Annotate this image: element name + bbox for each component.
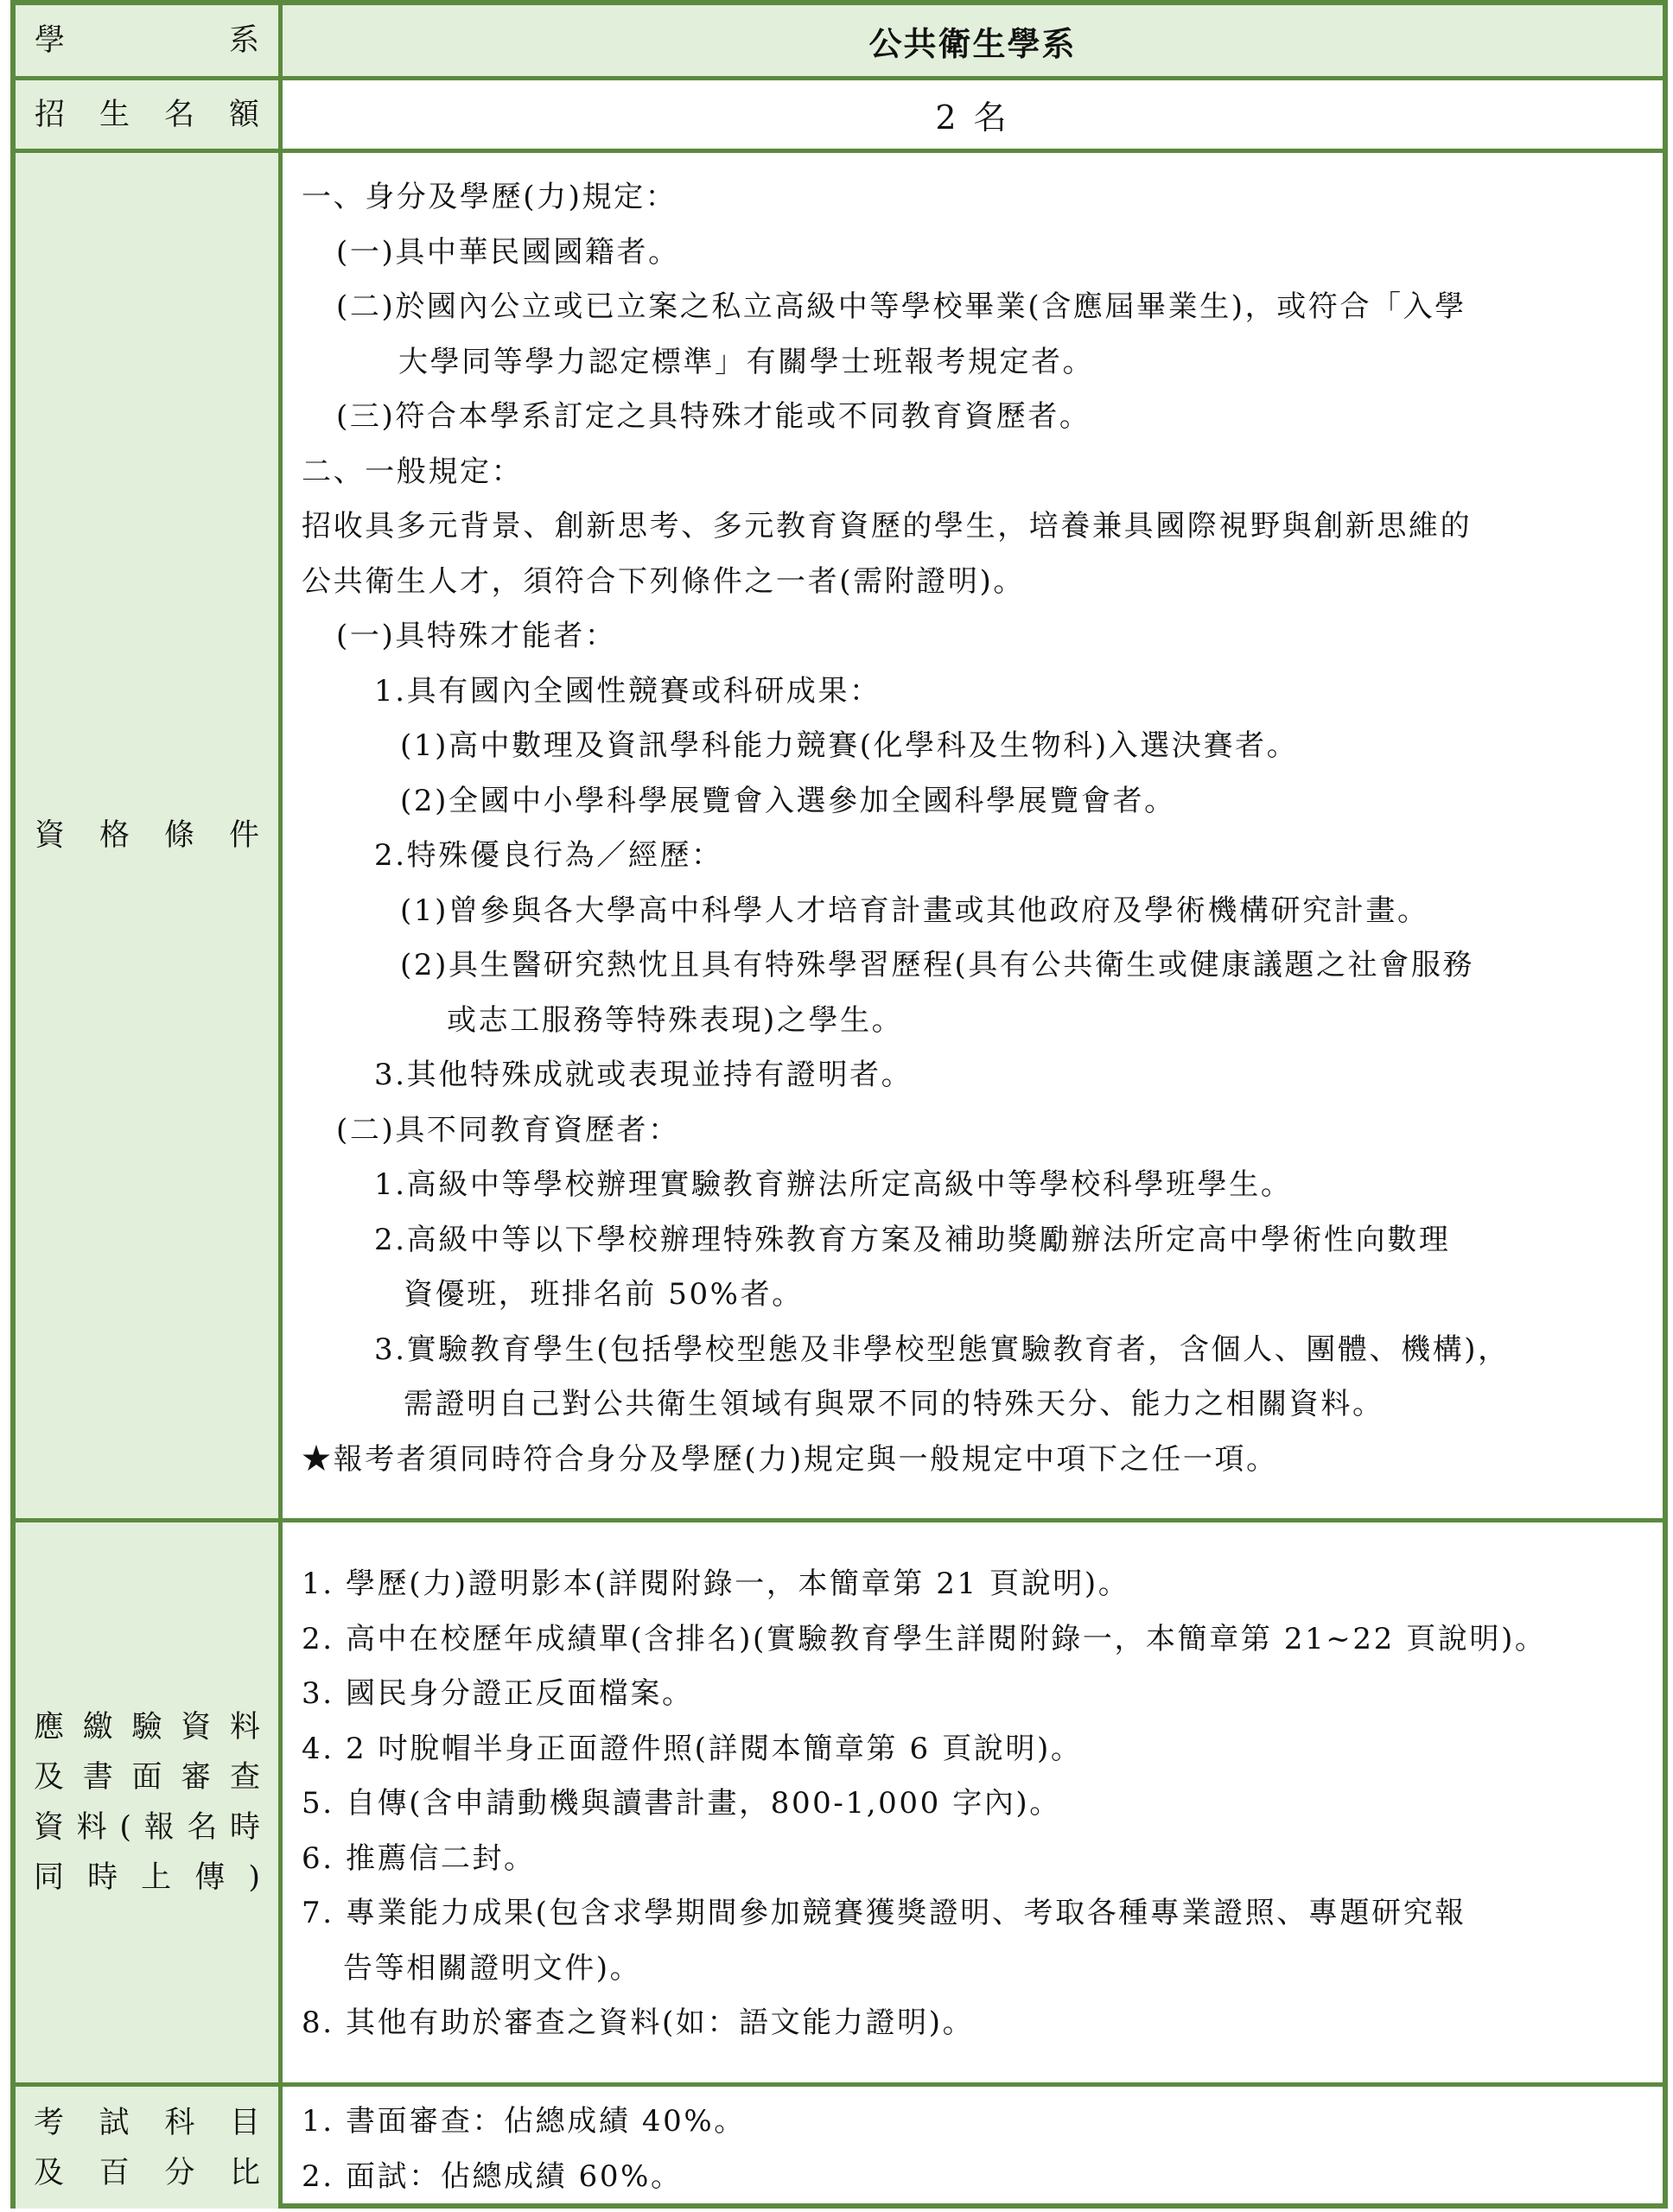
documents-label-line: 同時上傳) <box>34 1853 260 1903</box>
eligibility-line: 資優班，班排名前 50%者。 <box>302 1268 1651 1323</box>
documents-label: 應繳驗資料 及書面審查 資料(報名時 同時上傳) <box>34 1702 260 1903</box>
eligibility-line: 或志工服務等特殊表現)之學生。 <box>302 994 1651 1049</box>
eligibility-line: (二)於國內公立或已立案之私立高級中等學校畢業(含應屆畢業生)，或符合「入學 <box>302 280 1651 335</box>
label-cell-eligibility: 資格條件 <box>16 153 283 1518</box>
documents-label-line: 應繳驗資料 <box>34 1702 260 1752</box>
exam-label-line: 考試科目 <box>34 2098 260 2148</box>
row-documents: 應繳驗資料 及書面審查 資料(報名時 同時上傳) 1. 學歷(力)證明影本(詳閱… <box>16 1518 1663 2082</box>
documents-line: 4. 2 吋脫帽半身正面證件照(詳閱本簡章第 6 頁說明)。 <box>302 1722 1651 1777</box>
label-cell-exam: 考試科目 及百分比 <box>16 2087 283 2209</box>
eligibility-content-cell: 一、身分及學歷(力)規定：(一)具中華民國國籍者。(二)於國內公立或已立案之私立… <box>283 153 1663 1518</box>
eligibility-line: 1.高級中等學校辦理實驗教育辦法所定高級中等學校科學班學生。 <box>302 1158 1651 1213</box>
eligibility-label: 資格條件 <box>35 810 259 861</box>
department-name: 公共衛生學系 <box>283 5 1663 76</box>
documents-line: 3. 國民身分證正反面檔案。 <box>302 1667 1651 1722</box>
eligibility-line: 2.高級中等以下學校辦理特殊教育方案及補助獎勵辦法所定高中學術性向數理 <box>302 1213 1651 1268</box>
exam-content-cell: 1. 書面審查：佔總成績 40%。2. 面試：佔總成績 60%。 <box>283 2087 1663 2209</box>
exam-content: 1. 書面審查：佔總成績 40%。2. 面試：佔總成績 60%。 <box>302 2094 1651 2204</box>
documents-line: 7. 專業能力成果(包含求學期間參加競賽獲獎證明、考取各種專業證照、專題研究報 <box>302 1886 1651 1942</box>
documents-line: 告等相關證明文件)。 <box>302 1942 1651 1997</box>
exam-line: 2. 面試：佔總成績 60%。 <box>302 2150 1651 2205</box>
label-cell-quota: 招生名額 <box>16 80 283 149</box>
department-label: 學系 <box>35 16 259 66</box>
documents-content-cell: 1. 學歷(力)證明影本(詳閱附錄一，本簡章第 21 頁說明)。2. 高中在校歷… <box>283 1522 1663 2082</box>
row-exam: 考試科目 及百分比 1. 書面審查：佔總成績 40%。2. 面試：佔總成績 60… <box>16 2082 1663 2209</box>
label-cell-documents: 應繳驗資料 及書面審查 資料(報名時 同時上傳) <box>16 1522 283 2082</box>
eligibility-line: 公共衛生人才，須符合下列條件之一者(需附證明)。 <box>302 555 1651 610</box>
eligibility-line: ★報考者須同時符合身分及學歷(力)規定與一般規定中項下之任一項。 <box>302 1433 1651 1488</box>
eligibility-line: (三)符合本學系訂定之具特殊才能或不同教育資歷者。 <box>302 390 1651 445</box>
eligibility-line: (2)全國中小學科學展覽會入選參加全國科學展覽會者。 <box>302 774 1651 829</box>
eligibility-line: 3.其他特殊成就或表現並持有證明者。 <box>302 1048 1651 1103</box>
eligibility-line: 二、一般規定： <box>302 445 1651 500</box>
documents-line: 2. 高中在校歷年成績單(含排名)(實驗教育學生詳閱附錄一，本簡章第 21~22… <box>302 1612 1651 1668</box>
eligibility-line: (一)具特殊才能者： <box>302 609 1651 664</box>
quota-label: 招生名額 <box>35 90 259 140</box>
label-cell-department: 學系 <box>16 5 283 76</box>
exam-label: 考試科目 及百分比 <box>34 2098 260 2198</box>
eligibility-line: 一、身分及學歷(力)規定： <box>302 170 1651 226</box>
row-department: 學系 公共衛生學系 <box>16 5 1663 76</box>
eligibility-line: 需證明自己對公共衛生領域有與眾不同的特殊天分、能力之相關資料。 <box>302 1377 1651 1433</box>
eligibility-line: (2)具生醫研究熱忱且具有特殊學習歷程(具有公共衛生或健康議題之社會服務 <box>302 938 1651 994</box>
exam-line: 1. 書面審查：佔總成績 40%。 <box>302 2094 1651 2150</box>
eligibility-line: (1)高中數理及資訊學科能力競賽(化學科及生物科)入選決賽者。 <box>302 719 1651 774</box>
documents-line: 1. 學歷(力)證明影本(詳閱附錄一，本簡章第 21 頁說明)。 <box>302 1557 1651 1612</box>
documents-line: 5. 自傳(含申請動機與讀書計畫，800-1,000 字內)。 <box>302 1777 1651 1832</box>
eligibility-content: 一、身分及學歷(力)規定：(一)具中華民國國籍者。(二)於國內公立或已立案之私立… <box>302 170 1651 1487</box>
eligibility-line: 3.實驗教育學生(包括學校型態及非學校型態實驗教育者，含個人、團體、機構)， <box>302 1323 1651 1378</box>
quota-value: 2 名 <box>283 80 1663 149</box>
documents-content: 1. 學歷(力)證明影本(詳閱附錄一，本簡章第 21 頁說明)。2. 高中在校歷… <box>302 1557 1651 2051</box>
eligibility-line: 招收具多元背景、創新思考、多元教育資歷的學生，培養兼具國際視野與創新思維的 <box>302 499 1651 555</box>
row-eligibility: 資格條件 一、身分及學歷(力)規定：(一)具中華民國國籍者。(二)於國內公立或已… <box>16 149 1663 1518</box>
documents-line: 8. 其他有助於審查之資料(如：語文能力證明)。 <box>302 1996 1651 2051</box>
eligibility-line: 2.特殊優良行為／經歷： <box>302 829 1651 884</box>
exam-label-line: 及百分比 <box>34 2148 260 2198</box>
documents-label-line: 資料(報名時 <box>34 1802 260 1853</box>
admission-table: 學系 公共衛生學系 招生名額 2 名 資格條件 一、身分及學歷(力)規定：(一)… <box>10 0 1668 2209</box>
documents-label-line: 及書面審查 <box>34 1752 260 1802</box>
eligibility-line: (1)曾參與各大學高中科學人才培育計畫或其他政府及學術機構研究計畫。 <box>302 884 1651 939</box>
eligibility-line: 1.具有國內全國性競賽或科研成果： <box>302 664 1651 720</box>
eligibility-line: (一)具中華民國國籍者。 <box>302 226 1651 281</box>
row-quota: 招生名額 2 名 <box>16 76 1663 149</box>
eligibility-line: 大學同等學力認定標準」有關學士班報考規定者。 <box>302 335 1651 391</box>
eligibility-line: (二)具不同教育資歷者： <box>302 1103 1651 1159</box>
documents-line: 6. 推薦信二封。 <box>302 1832 1651 1887</box>
